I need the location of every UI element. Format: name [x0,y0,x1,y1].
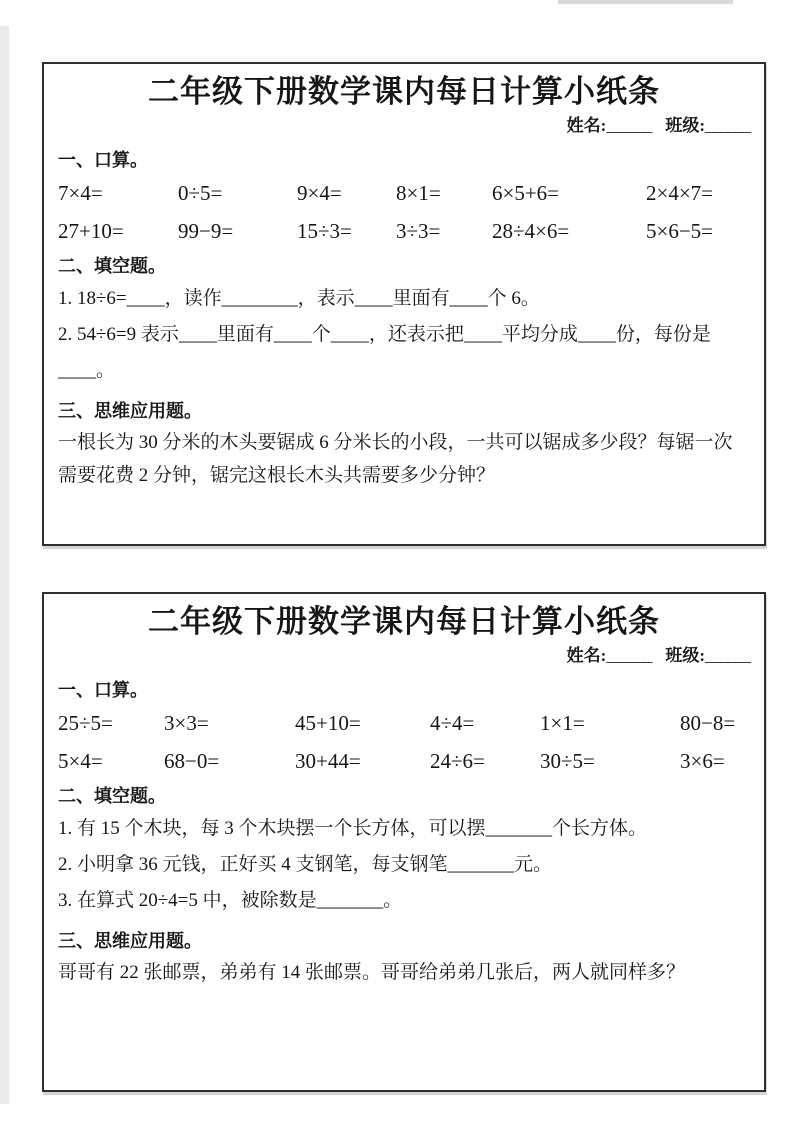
worksheet-slip-1: 二年级下册数学课内每日计算小纸条 姓名:______班级:______ 一、口算… [42,62,766,546]
name-blank-line: ______ [606,116,651,135]
oral-problem: 27+10= [58,219,178,244]
application-section-heading: 三、思维应用题。 [58,400,750,423]
oral-problem: 4÷4= [430,711,540,736]
oral-section-heading: 一、口算。 [58,149,750,172]
oral-problem: 30÷5= [540,749,680,774]
class-label: 班级: [665,646,705,665]
fill-item: 1. 有 15 个木块，每 3 个木块摆一个长方体，可以摆_______个长方体… [58,811,750,847]
oral-problem: 5×4= [58,749,164,774]
name-label: 姓名: [567,646,607,665]
fill-section-heading: 二、填空题。 [58,785,750,808]
fill-items: 1. 18÷6=____，读作________，表示____里面有____个 6… [58,281,750,389]
oral-problems-grid: 25÷5= 3×3= 45+10= 4÷4= 1×1= 80−8= 5×4= 6… [58,711,750,774]
oral-problems-grid: 7×4= 0÷5= 9×4= 8×1= 6×5+6= 2×4×7= 27+10=… [58,181,750,244]
oral-problem: 3×3= [164,711,295,736]
application-problem: 一根长为 30 分米的木头要锯成 6 分米长的小段，一共可以锯成多少段？每锯一次… [58,426,750,492]
class-blank-line: ______ [705,646,750,665]
oral-problem: 30+44= [295,749,430,774]
oral-problem: 2×4×7= [646,181,750,206]
application-section-heading: 三、思维应用题。 [58,930,750,953]
oral-problem: 24÷6= [430,749,540,774]
fill-items: 1. 有 15 个木块，每 3 个木块摆一个长方体，可以摆_______个长方体… [58,811,750,919]
oral-section-heading: 一、口算。 [58,679,750,702]
name-blank-line: ______ [606,646,651,665]
class-blank-line: ______ [705,116,750,135]
fill-item: 2. 54÷6=9 表示____里面有____个____，还表示把____平均分… [58,317,750,389]
oral-problem: 45+10= [295,711,430,736]
scan-artifact-top-edge [558,0,733,4]
oral-problem: 25÷5= [58,711,164,736]
oral-problem: 1×1= [540,711,680,736]
oral-problem: 15÷3= [297,219,396,244]
oral-problem: 99−9= [178,219,297,244]
oral-problem: 3÷3= [396,219,492,244]
application-problem: 哥哥有 22 张邮票，弟弟有 14 张邮票。哥哥给弟弟几张后，两人就同样多？ [58,956,750,989]
oral-problem: 6×5+6= [492,181,646,206]
oral-problem: 80−8= [680,711,750,736]
fill-section-heading: 二、填空题。 [58,255,750,278]
name-label: 姓名: [567,116,607,135]
oral-problem: 9×4= [297,181,396,206]
student-info-row: 姓名:______班级:______ [58,114,750,138]
oral-problem: 3×6= [680,749,750,774]
oral-problem: 28÷4×6= [492,219,646,244]
oral-problem: 68−0= [164,749,295,774]
scan-artifact-left-edge [0,26,9,1104]
fill-item: 2. 小明拿 36 元钱，正好买 4 支钢笔，每支钢笔_______元。 [58,847,750,883]
student-info-row: 姓名:______班级:______ [58,644,750,668]
worksheet-title: 二年级下册数学课内每日计算小纸条 [58,602,750,642]
worksheet-slip-2: 二年级下册数学课内每日计算小纸条 姓名:______班级:______ 一、口算… [42,592,766,1092]
worksheet-title: 二年级下册数学课内每日计算小纸条 [58,72,750,112]
oral-problem: 7×4= [58,181,178,206]
fill-item: 3. 在算式 20÷4=5 中，被除数是_______。 [58,883,750,919]
oral-problem: 5×6−5= [646,219,750,244]
oral-problem: 8×1= [396,181,492,206]
oral-problem: 0÷5= [178,181,297,206]
fill-item: 1. 18÷6=____，读作________，表示____里面有____个 6… [58,281,750,317]
class-label: 班级: [665,116,705,135]
